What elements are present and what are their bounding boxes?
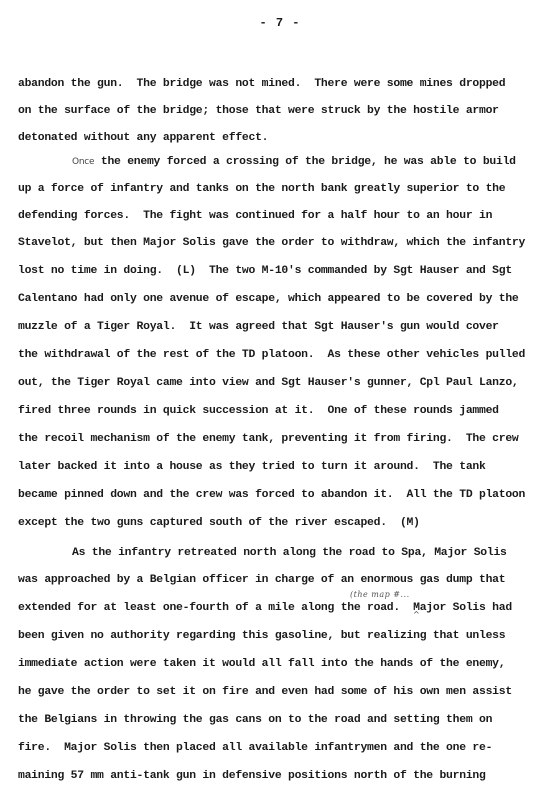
text-segment: the enemy forced a crossing of the bridg… [94, 156, 515, 168]
text-line: was approached by a Belgian officer in c… [18, 573, 505, 587]
text-line: maining 57 mm anti-tank gun in defensive… [18, 769, 486, 783]
text-line: the recoil mechanism of the enemy tank, … [18, 432, 519, 446]
text-line: up a force of infantry and tanks on the … [18, 182, 505, 196]
paragraph-2-first-line: Once the enemy forced a crossing of the … [72, 155, 516, 169]
handwritten-correction: Once [72, 157, 94, 167]
text-line: Stavelot, but then Major Solis gave the … [18, 236, 525, 250]
text-line: fire. Major Solis then placed all availa… [18, 741, 492, 755]
page-number: - 7 - [0, 16, 560, 30]
text-line: extended for at least one-fourth of a mi… [18, 601, 512, 615]
text-line: muzzle of a Tiger Royal. It was agreed t… [18, 320, 499, 334]
text-line: fired three rounds in quick succession a… [18, 404, 499, 418]
text-line: on the surface of the bridge; those that… [18, 104, 499, 118]
text-line: he gave the order to set it on fire and … [18, 685, 512, 699]
text-line: the Belgians in throwing the gas cans on… [18, 713, 492, 727]
text-line: immediate action were taken it would all… [18, 657, 505, 671]
text-line: lost no time in doing. (L) The two M-10'… [18, 264, 512, 278]
text-line: out, the Tiger Royal came into view and … [18, 376, 519, 390]
text-line: the withdrawal of the rest of the TD pla… [18, 348, 525, 362]
text-line: detonated without any apparent effect. [18, 131, 268, 145]
text-line: abandon the gun. The bridge was not mine… [18, 77, 505, 91]
handwritten-annotation: (the map #... [350, 590, 410, 599]
insertion-caret-icon: ^ [413, 610, 420, 619]
text-line: became pinned down and the crew was forc… [18, 488, 525, 502]
text-line: except the two guns captured south of th… [18, 516, 420, 530]
text-line: defending forces. The fight was continue… [18, 209, 492, 223]
text-line: later backed it into a house as they tri… [18, 460, 486, 474]
paragraph-3-first-line: As the infantry retreated north along th… [72, 546, 507, 560]
text-line: Calentano had only one avenue of escape,… [18, 292, 519, 306]
text-line: been given no authority regarding this g… [18, 629, 505, 643]
